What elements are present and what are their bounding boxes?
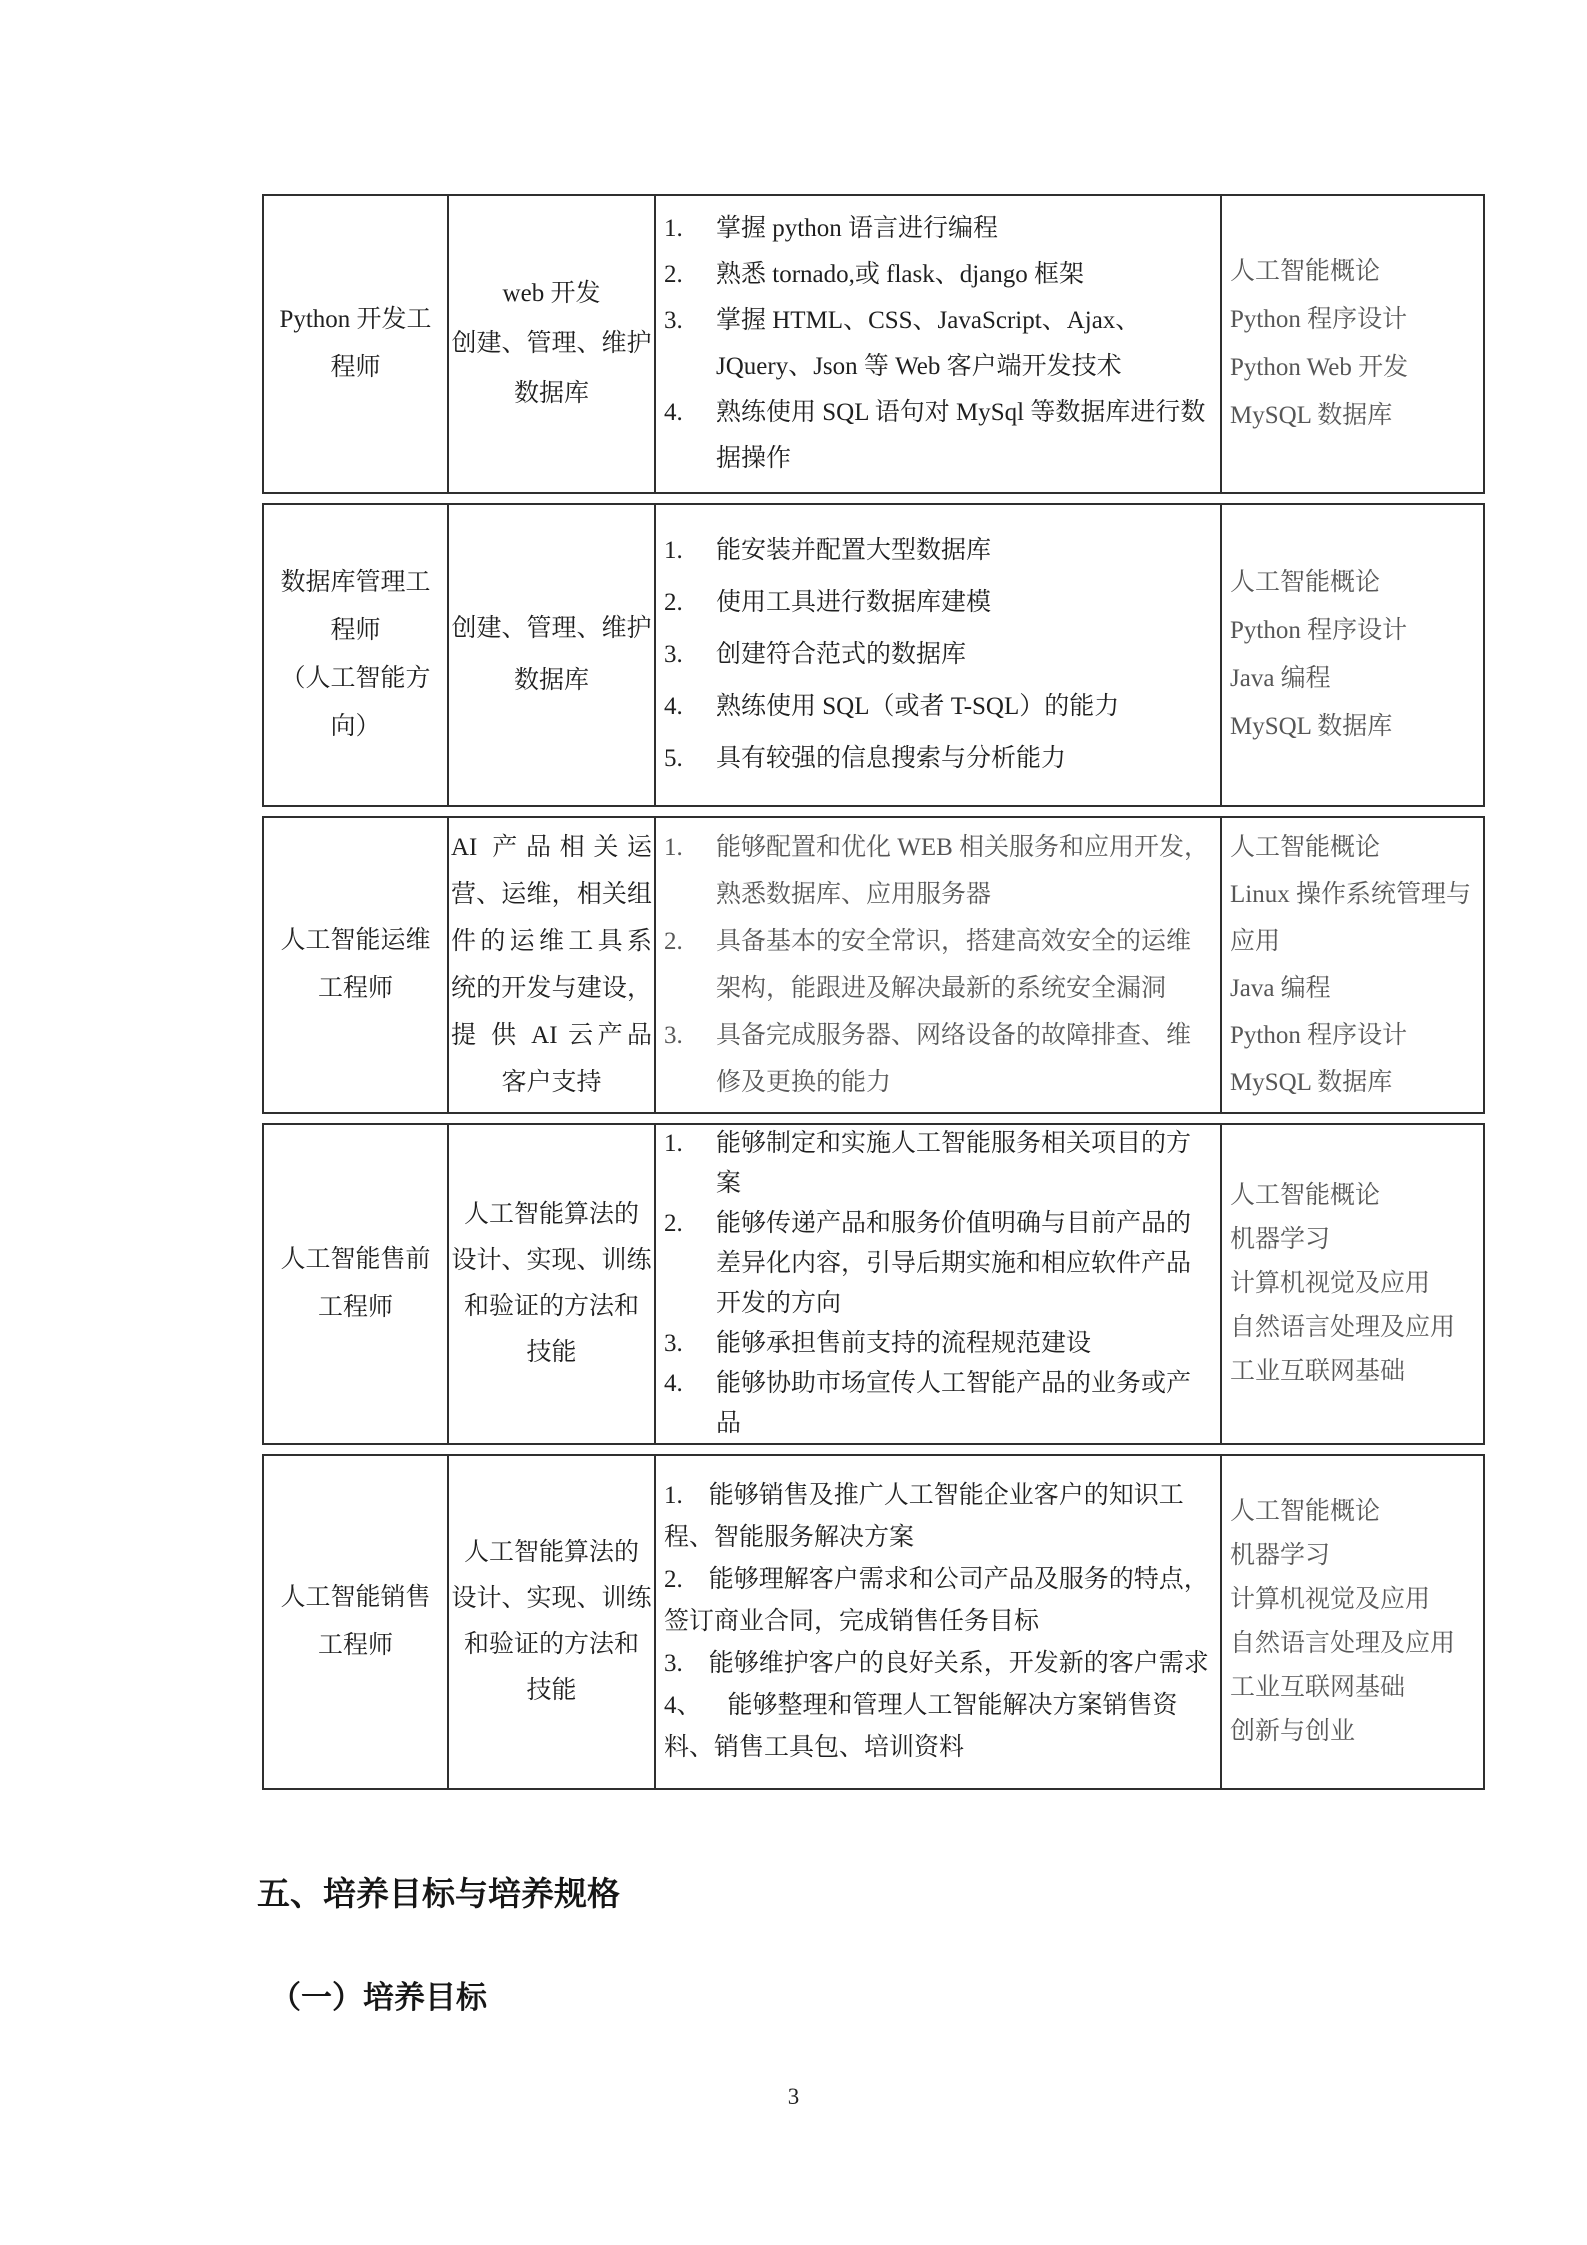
duty-line: 统的开发与建设，	[451, 965, 652, 1012]
skill-number: 3.	[664, 629, 716, 681]
course-item: 自然语言处理及应用	[1230, 1306, 1479, 1350]
duty-line: 营、运维，相关组	[451, 871, 652, 918]
duty-line: 设计、实现、训练	[451, 1576, 652, 1622]
section-heading: 五、培养目标与培养规格	[257, 1868, 620, 1915]
course-item: Java 编程	[1230, 965, 1479, 1012]
course-item: 人工智能概论	[1230, 824, 1479, 871]
skill-item: 3.能够维护客户的良好关系，开发新的客户需求	[664, 1643, 1212, 1685]
job-title-cell: Python 开发工程师	[264, 196, 449, 492]
skill-item: 4、能够整理和管理人工智能解决方案销售资料、销售工具包、培训资料	[664, 1685, 1212, 1769]
skill-number: 4.	[664, 681, 716, 733]
table-row: 人工智能运维工程师AI 产品相关运营、运维，相关组件的运维工具系统的开发与建设，…	[262, 816, 1485, 1114]
skill-number: 3.	[664, 1650, 709, 1677]
skill-number: 2.	[664, 252, 716, 298]
skills-cell: 1.能够销售及推广人工智能企业客户的知识工程、智能服务解决方案2.能够理解客户需…	[656, 1456, 1222, 1788]
skill-number: 3.	[664, 1012, 716, 1059]
skill-number: 2.	[664, 1566, 709, 1593]
course-item: Python 程序设计	[1230, 296, 1479, 344]
duty-line: 人工智能算法的	[451, 1192, 652, 1238]
course-item: MySQL 数据库	[1230, 392, 1479, 440]
course-item: Python Web 开发	[1230, 344, 1479, 392]
skill-text: 具备完成服务器、网络设备的故障排查、维修及更换的能力	[716, 1012, 1212, 1106]
skill-number: 4、	[664, 1692, 728, 1719]
skill-text: 能够承担售前支持的流程规范建设	[716, 1324, 1212, 1364]
skills-cell: 1.能安装并配置大型数据库2.使用工具进行数据库建模3.创建符合范式的数据库4.…	[656, 505, 1222, 805]
skill-number: 1.	[664, 1124, 716, 1164]
table-row: 人工智能销售工程师人工智能算法的设计、实现、训练和验证的方法和技能1.能够销售及…	[262, 1454, 1485, 1790]
job-title-cell: 人工智能销售工程师	[264, 1456, 449, 1788]
courses-cell: 人工智能概论机器学习计算机视觉及应用自然语言处理及应用工业互联网基础创新与创业	[1222, 1456, 1483, 1788]
course-item: Linux 操作系统管理与应用	[1230, 871, 1479, 965]
course-item: 人工智能概论	[1230, 559, 1479, 607]
skill-item: 4.能够协助市场宣传人工智能产品的业务或产品	[664, 1364, 1212, 1444]
skill-item: 3.具备完成服务器、网络设备的故障排查、维修及更换的能力	[664, 1012, 1212, 1106]
skill-text: 能够制定和实施人工智能服务相关项目的方案	[716, 1124, 1212, 1204]
job-title-line: 工程师	[264, 1284, 447, 1332]
skill-text: 能够销售及推广人工智能企业客户的知识工程、智能服务解决方案	[664, 1482, 1184, 1551]
skill-item: 2.能够传递产品和服务价值明确与目前产品的差异化内容，引导后期实施和相应软件产品…	[664, 1204, 1212, 1324]
duty-line: 技能	[451, 1668, 652, 1714]
course-item: Python 程序设计	[1230, 607, 1479, 655]
duty-line: 提 供 AI 云产品	[451, 1012, 652, 1059]
job-title-cell: 人工智能售前工程师	[264, 1125, 449, 1443]
skill-text: 具备基本的安全常识，搭建高效安全的运维架构，能跟进及解决最新的系统安全漏洞	[716, 918, 1212, 1012]
skill-text: 熟悉 tornado,或 flask、django 框架	[716, 252, 1212, 298]
duty-line: 技能	[451, 1330, 652, 1376]
course-item: 创新与创业	[1230, 1710, 1479, 1754]
courses-cell: 人工智能概论Python 程序设计Python Web 开发MySQL 数据库	[1222, 196, 1483, 492]
course-item: 计算机视觉及应用	[1230, 1262, 1479, 1306]
course-item: 人工智能概论	[1230, 1490, 1479, 1534]
duty-cell: 人工智能算法的设计、实现、训练和验证的方法和技能	[449, 1125, 656, 1443]
job-title-cell: 人工智能运维工程师	[264, 818, 449, 1112]
table-row: 数据库管理工程师（人工智能方向）创建、管理、维护数据库1.能安装并配置大型数据库…	[262, 503, 1485, 807]
skill-number: 4.	[664, 390, 716, 436]
skill-number: 3.	[664, 298, 716, 344]
duty-line: 数据库	[451, 655, 652, 707]
job-title-line: 工程师	[264, 965, 447, 1013]
skill-item: 4.熟练使用 SQL（或者 T-SQL）的能力	[664, 681, 1212, 733]
duty-line: 设计、实现、训练	[451, 1238, 652, 1284]
course-item: MySQL 数据库	[1230, 703, 1479, 751]
duty-line: 客户支持	[451, 1059, 652, 1106]
skill-item: 1.能够销售及推广人工智能企业客户的知识工程、智能服务解决方案	[664, 1475, 1212, 1559]
skill-text: 能够整理和管理人工智能解决方案销售资料、销售工具包、培训资料	[664, 1692, 1178, 1761]
course-item: 计算机视觉及应用	[1230, 1578, 1479, 1622]
course-item: 自然语言处理及应用	[1230, 1622, 1479, 1666]
course-item: Java 编程	[1230, 655, 1479, 703]
skill-text: 能够传递产品和服务价值明确与目前产品的差异化内容，引导后期实施和相应软件产品开发…	[716, 1204, 1212, 1324]
duty-cell: 创建、管理、维护数据库	[449, 505, 656, 805]
job-title-line: （人工智能方	[264, 655, 447, 703]
skill-number: 2.	[664, 577, 716, 629]
skill-number: 3.	[664, 1324, 716, 1364]
jobs-table: Python 开发工程师web 开发创建、管理、维护数据库1.掌握 python…	[262, 194, 1485, 1799]
sub-heading: （一）培养目标	[270, 1972, 487, 2017]
job-title-line: 向）	[264, 703, 447, 751]
duty-line: 数据库	[451, 369, 652, 419]
course-item: 工业互联网基础	[1230, 1350, 1479, 1394]
skill-text: 具有较强的信息搜索与分析能力	[716, 733, 1212, 785]
duty-line: AI 产品相关运	[451, 824, 652, 871]
duty-cell: web 开发创建、管理、维护数据库	[449, 196, 656, 492]
skills-cell: 1.能够制定和实施人工智能服务相关项目的方案2.能够传递产品和服务价值明确与目前…	[656, 1125, 1222, 1443]
skill-number: 5.	[664, 733, 716, 785]
job-title-line: 数据库管理工	[264, 559, 447, 607]
table-row: Python 开发工程师web 开发创建、管理、维护数据库1.掌握 python…	[262, 194, 1485, 494]
skill-text: 能够理解客户需求和公司产品及服务的特点，签订商业合同，完成销售任务目标	[664, 1566, 1209, 1635]
page-number: 3	[0, 2084, 1587, 2110]
skill-text: 使用工具进行数据库建模	[716, 577, 1212, 629]
courses-cell: 人工智能概论Python 程序设计Java 编程MySQL 数据库	[1222, 505, 1483, 805]
skill-item: 3.创建符合范式的数据库	[664, 629, 1212, 681]
skills-cell: 1.掌握 python 语言进行编程2.熟悉 tornado,或 flask、d…	[656, 196, 1222, 492]
skill-text: 熟练使用 SQL（或者 T-SQL）的能力	[716, 681, 1212, 733]
skill-item: 3.掌握 HTML、CSS、JavaScript、Ajax、JQuery、Jso…	[664, 298, 1212, 390]
duty-line: 创建、管理、维护	[451, 603, 652, 655]
duty-line: web 开发	[451, 269, 652, 319]
job-title-line: Python 开发工	[264, 296, 447, 344]
duty-line: 和验证的方法和	[451, 1284, 652, 1330]
job-title-line: 人工智能售前	[264, 1236, 447, 1284]
skill-text: 掌握 python 语言进行编程	[716, 206, 1212, 252]
course-item: 人工智能概论	[1230, 248, 1479, 296]
document-page: Python 开发工程师web 开发创建、管理、维护数据库1.掌握 python…	[0, 0, 1587, 2245]
skill-item: 2.使用工具进行数据库建模	[664, 577, 1212, 629]
skill-item: 1.能够制定和实施人工智能服务相关项目的方案	[664, 1124, 1212, 1204]
job-title-line: 人工智能销售	[264, 1574, 447, 1622]
skill-item: 1.能安装并配置大型数据库	[664, 525, 1212, 577]
duty-line: 创建、管理、维护	[451, 319, 652, 369]
job-title-line: 人工智能运维	[264, 917, 447, 965]
skill-text: 能够维护客户的良好关系，开发新的客户需求	[709, 1650, 1209, 1677]
skill-number: 1.	[664, 1482, 709, 1509]
duty-line: 件的运维工具系	[451, 918, 652, 965]
skill-number: 2.	[664, 1204, 716, 1244]
course-item: 机器学习	[1230, 1534, 1479, 1578]
course-item: 人工智能概论	[1230, 1174, 1479, 1218]
skill-number: 2.	[664, 918, 716, 965]
skill-item: 1.掌握 python 语言进行编程	[664, 206, 1212, 252]
skill-text: 能够协助市场宣传人工智能产品的业务或产品	[716, 1364, 1212, 1444]
skill-number: 4.	[664, 1364, 716, 1404]
duty-cell: 人工智能算法的设计、实现、训练和验证的方法和技能	[449, 1456, 656, 1788]
skill-item: 3.能够承担售前支持的流程规范建设	[664, 1324, 1212, 1364]
course-item: MySQL 数据库	[1230, 1059, 1479, 1106]
course-item: Python 程序设计	[1230, 1012, 1479, 1059]
skill-item: 2.能够理解客户需求和公司产品及服务的特点，签订商业合同，完成销售任务目标	[664, 1559, 1212, 1643]
job-title-line: 程师	[264, 344, 447, 392]
job-title-cell: 数据库管理工程师（人工智能方向）	[264, 505, 449, 805]
skill-text: 能够配置和优化 WEB 相关服务和应用开发，熟悉数据库、应用服务器	[716, 824, 1212, 918]
skill-item: 1.能够配置和优化 WEB 相关服务和应用开发，熟悉数据库、应用服务器	[664, 824, 1212, 918]
skill-text: 掌握 HTML、CSS、JavaScript、Ajax、JQuery、Json …	[716, 298, 1212, 390]
skill-text: 熟练使用 SQL 语句对 MySql 等数据库进行数据操作	[716, 390, 1212, 482]
table-row: 人工智能售前工程师人工智能算法的设计、实现、训练和验证的方法和技能1.能够制定和…	[262, 1123, 1485, 1445]
course-item: 工业互联网基础	[1230, 1666, 1479, 1710]
skill-text: 能安装并配置大型数据库	[716, 525, 1212, 577]
skill-item: 2.熟悉 tornado,或 flask、django 框架	[664, 252, 1212, 298]
job-title-line: 工程师	[264, 1622, 447, 1670]
skill-item: 5.具有较强的信息搜索与分析能力	[664, 733, 1212, 785]
courses-cell: 人工智能概论机器学习计算机视觉及应用自然语言处理及应用工业互联网基础	[1222, 1125, 1483, 1443]
skills-cell: 1.能够配置和优化 WEB 相关服务和应用开发，熟悉数据库、应用服务器2.具备基…	[656, 818, 1222, 1112]
skill-number: 1.	[664, 824, 716, 871]
courses-cell: 人工智能概论Linux 操作系统管理与应用Java 编程Python 程序设计M…	[1222, 818, 1483, 1112]
skill-number: 1.	[664, 525, 716, 577]
skill-item: 4.熟练使用 SQL 语句对 MySql 等数据库进行数据操作	[664, 390, 1212, 482]
skill-text: 创建符合范式的数据库	[716, 629, 1212, 681]
job-title-line: 程师	[264, 607, 447, 655]
course-item: 机器学习	[1230, 1218, 1479, 1262]
duty-cell: AI 产品相关运营、运维，相关组件的运维工具系统的开发与建设，提 供 AI 云产…	[449, 818, 656, 1112]
duty-line: 人工智能算法的	[451, 1530, 652, 1576]
skill-number: 1.	[664, 206, 716, 252]
skill-item: 2.具备基本的安全常识，搭建高效安全的运维架构，能跟进及解决最新的系统安全漏洞	[664, 918, 1212, 1012]
duty-line: 和验证的方法和	[451, 1622, 652, 1668]
